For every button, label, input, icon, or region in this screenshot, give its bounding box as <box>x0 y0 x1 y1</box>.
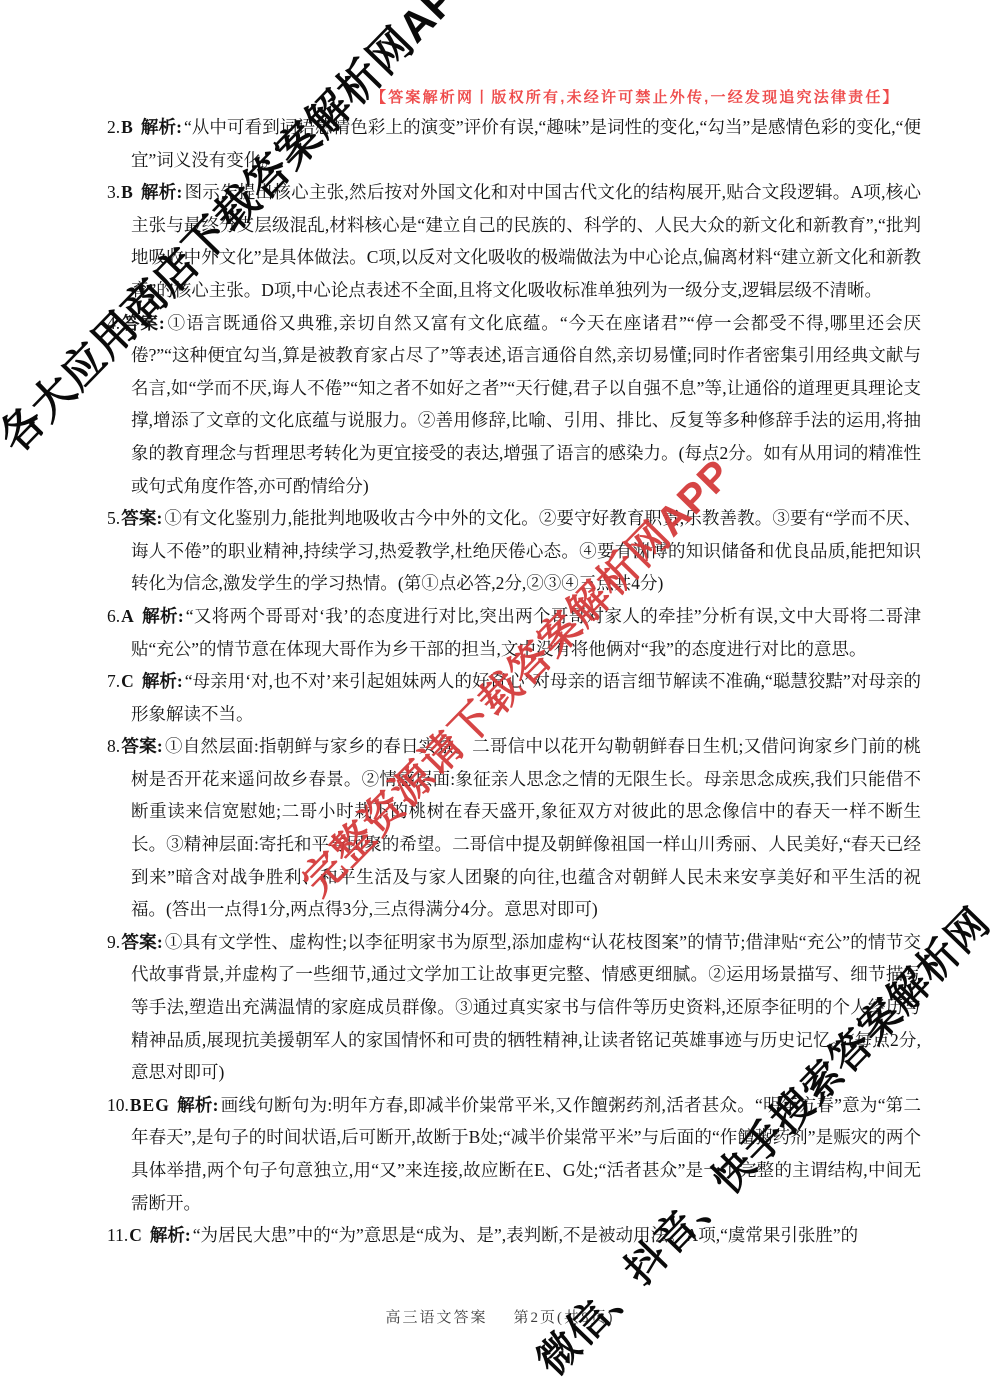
item-number: 5. <box>107 508 120 528</box>
item-label: 解析: <box>141 117 182 137</box>
item-number: 11. <box>107 1225 128 1245</box>
page-footer: 高三语文答案第2页(共8页) <box>0 1306 1000 1327</box>
item-text: 画线句断句为:明年方春,即减半价粜常平米,又作饘粥药剂,活者甚众。“明年方春”意… <box>131 1095 921 1213</box>
item-number: 10. <box>107 1095 129 1115</box>
item-text: ①有文化鉴别力,能批判地吸收古今中外的文化。②要守好教育职责,乐教善教。③要有“… <box>131 508 921 593</box>
item-answer-letter: C <box>121 671 135 691</box>
answer-item-6: 6.A解析:“又将两个哥哥对‘我’的态度进行对比,突出两个哥哥对家人的牵挂”分析… <box>107 600 921 665</box>
item-label: 解析: <box>141 182 183 202</box>
item-number: 9. <box>107 932 120 952</box>
answer-item-5: 5.答案:①有文化鉴别力,能批判地吸收古今中外的文化。②要守好教育职责,乐教善教… <box>107 502 921 600</box>
item-text: ①具有文学性、虚构性;以李征明家书为原型,添加虚构“认花枝图案”的情节;借津贴“… <box>131 932 921 1082</box>
item-label: 答案: <box>121 932 163 952</box>
item-answer-letter: A <box>121 606 135 626</box>
item-number: 3. <box>107 182 120 202</box>
item-label: 解析: <box>177 1095 219 1115</box>
item-label: 答案: <box>121 736 163 756</box>
item-label: 解析: <box>142 606 184 626</box>
item-text: “从中可看到词语感情色彩上的演变”评价有误,“趣味”是词性的变化,“勾当”是感情… <box>131 117 921 170</box>
item-number: 8. <box>107 736 120 756</box>
item-number: 2. <box>107 117 120 137</box>
answer-item-3: 3.B解析:图示先提出核心主张,然后按对外国文化和对中国古代文化的结构展开,贴合… <box>107 176 921 306</box>
answer-item-4: 4.答案:①语言既通俗又典雅,亲切自然又富有文化底蕴。“今天在座诸君”“停一会都… <box>107 307 921 503</box>
answer-item-9: 9.答案:①具有文学性、虚构性;以李征明家书为原型,添加虚构“认花枝图案”的情节… <box>107 926 921 1089</box>
item-label: 解析: <box>142 671 183 691</box>
answer-item-8: 8.答案:①自然层面:指朝鲜与家乡的春日实景。二哥信中以花开勾勒朝鲜春日生机;又… <box>107 730 921 926</box>
item-text: 图示先提出核心主张,然后按对外国文化和对中国古代文化的结构展开,贴合文段逻辑。A… <box>131 182 921 300</box>
item-text: ①语言既通俗又典雅,亲切自然又富有文化底蕴。“今天在座诸君”“停一会都受不得,哪… <box>131 313 921 496</box>
answer-item-11: 11.C解析:“为居民大患”中的“为”意思是“成为、是”,表判断,不是被动用法。… <box>107 1219 921 1252</box>
item-text: “为居民大患”中的“为”意思是“成为、是”,表判断,不是被动用法。A项,“虞常果… <box>193 1225 858 1245</box>
item-answer-letter: B <box>121 117 134 137</box>
footer-doc-title: 高三语文答案 <box>385 1310 487 1326</box>
footer-page-info: 第2页(共8页) <box>514 1310 615 1326</box>
item-label: 答案: <box>121 313 165 333</box>
copyright-notice: 【答案解析网丨版权所有,未经许可禁止外传,一经发现追究法律责任】 <box>371 86 900 107</box>
item-number: 7. <box>107 671 120 691</box>
item-text: ①自然层面:指朝鲜与家乡的春日实景。二哥信中以花开勾勒朝鲜春日生机;又借问询家乡… <box>131 736 921 919</box>
answer-item-10: 10.BEG解析:画线句断句为:明年方春,即减半价粜常平米,又作饘粥药剂,活者甚… <box>107 1089 921 1219</box>
answer-sheet-body: 2.B解析:“从中可看到词语感情色彩上的演变”评价有误,“趣味”是词性的变化,“… <box>107 111 921 1252</box>
answer-item-7: 7.C解析:“母亲用‘对,也不对’来引起姐妹两人的好奇心”对母亲的语言细节解读不… <box>107 665 921 730</box>
item-number: 4. <box>107 313 120 333</box>
item-answer-letter: B <box>121 182 134 202</box>
item-label: 答案: <box>121 508 162 528</box>
item-answer-letter: C <box>129 1225 143 1245</box>
answer-item-2: 2.B解析:“从中可看到词语感情色彩上的演变”评价有误,“趣味”是词性的变化,“… <box>107 111 921 176</box>
item-answer-letter: BEG <box>130 1095 170 1115</box>
item-number: 6. <box>107 606 120 626</box>
item-text: “母亲用‘对,也不对’来引起姐妹两人的好奇心”对母亲的语言细节解读不准确,“聪慧… <box>131 671 921 724</box>
item-text: “又将两个哥哥对‘我’的态度进行对比,突出两个哥哥对家人的牵挂”分析有误,文中大… <box>131 606 921 659</box>
item-label: 解析: <box>150 1225 191 1245</box>
